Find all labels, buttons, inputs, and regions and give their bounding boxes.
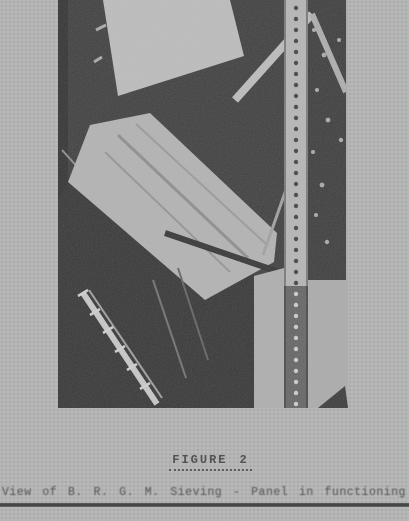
caption-word: R.	[94, 486, 109, 499]
figure-label-row: FIGURE2	[6, 450, 409, 471]
caption-word: M.	[145, 486, 160, 499]
caption-word: -	[233, 486, 240, 499]
scanned-document-page: FIGURE2 View of B. R. G. M. Sieving - Pa…	[0, 0, 409, 521]
caption-word: Panel	[251, 486, 288, 499]
figure-word: FIGURE	[172, 453, 227, 467]
caption-word: View	[2, 486, 32, 499]
figure-label: FIGURE2	[169, 453, 251, 471]
figure-caption: View of B. R. G. M. Sieving - Panel in f…	[2, 486, 406, 499]
photo-grain	[58, 0, 348, 408]
caption-word: in	[299, 486, 314, 499]
figure-photo	[58, 0, 348, 408]
caption-word: of	[42, 486, 57, 499]
caption-word: B.	[68, 486, 83, 499]
figure-number: 2	[240, 453, 249, 467]
caption-word: G.	[119, 486, 134, 499]
caption-word: functioning	[325, 486, 406, 499]
photo-canvas	[58, 0, 348, 408]
caption-word: Sieving	[170, 486, 222, 499]
caption-underline	[0, 503, 409, 507]
